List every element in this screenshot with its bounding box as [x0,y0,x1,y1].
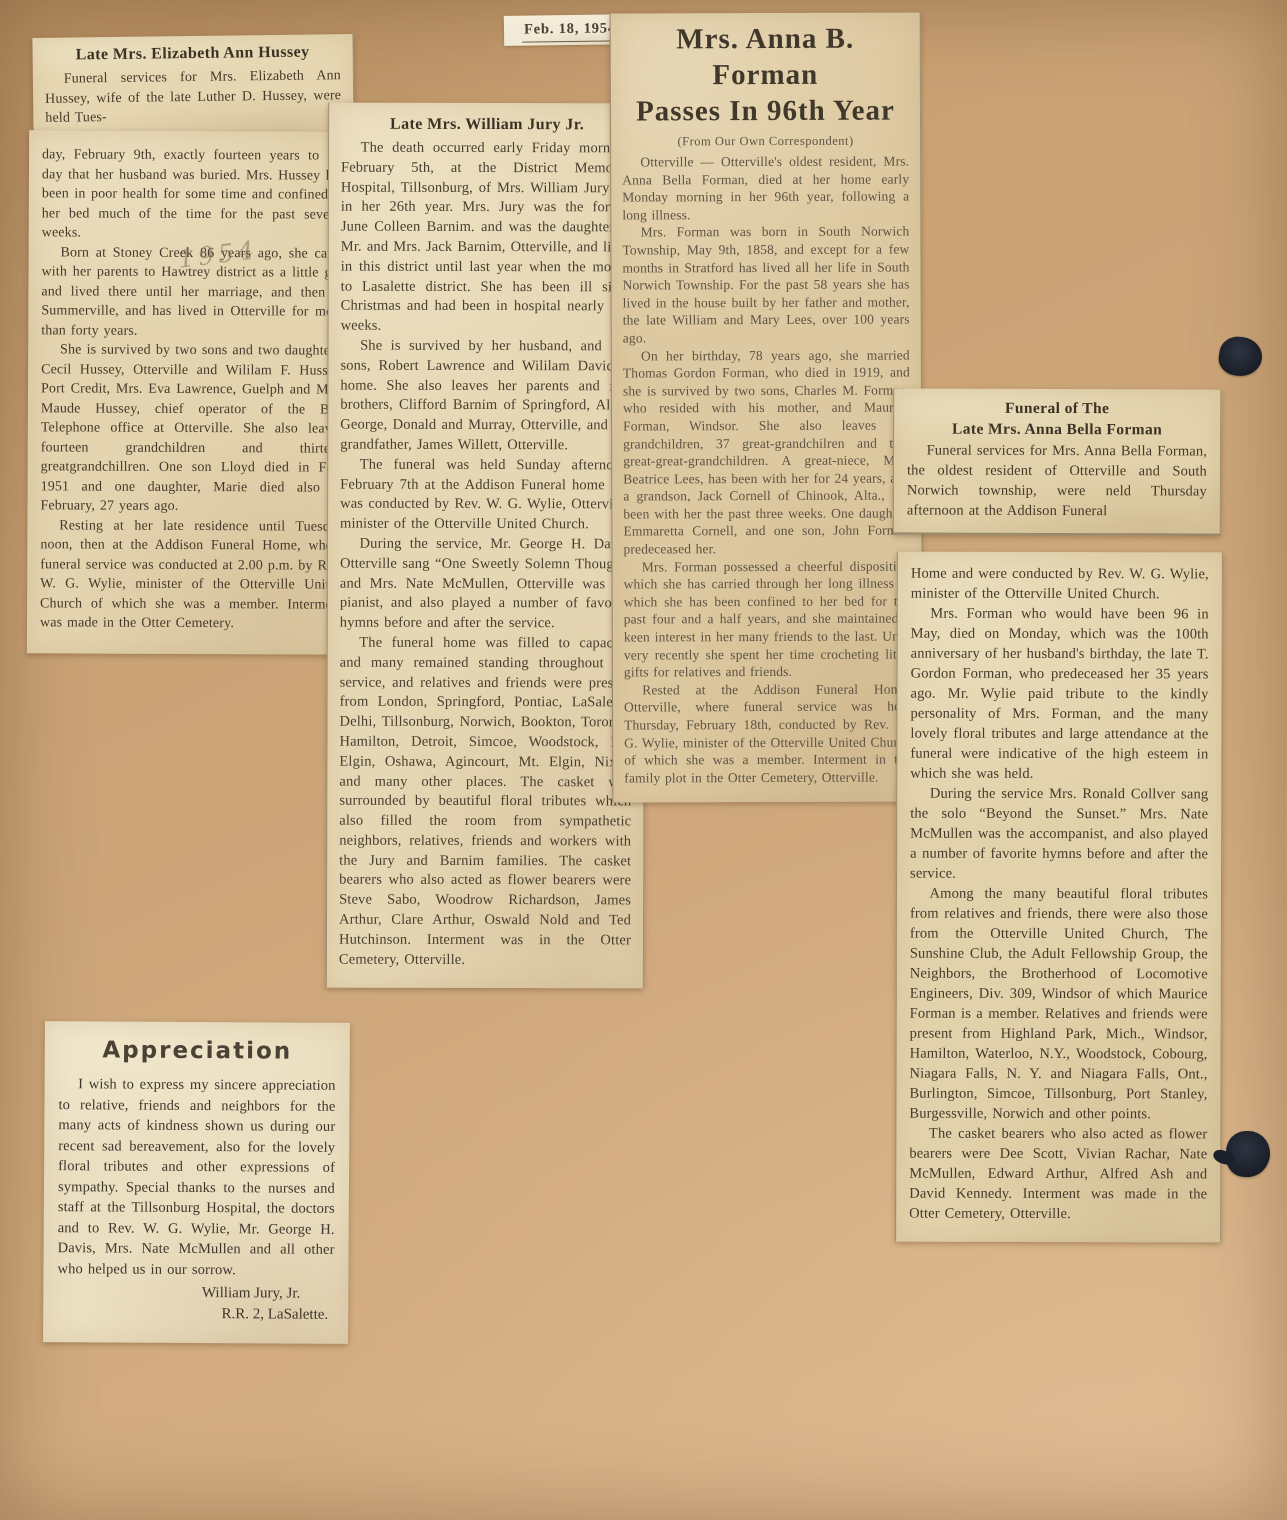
ink-mark-bottom [1226,1131,1270,1177]
forman-paragraph: Rested at the Addison Funeral Home, Otte… [624,680,911,787]
hussey-paragraph: She is survived by two sons and two daug… [40,340,344,517]
hussey-title: Late Mrs. Elizabeth Ann Hussey [45,43,341,65]
jury-paragraph: During the service, Mr. George H. Davis,… [340,535,632,635]
clipping-hussey-header: Late Mrs. Elizabeth Ann Hussey Funeral s… [32,34,354,139]
hussey-intro-paragraph: Funeral services for Mrs. Elizabeth Ann … [45,66,342,128]
forman-paragraph: Otterville — Otterville's oldest residen… [622,153,909,224]
forman-funeral-paragraph: Among the many beautiful floral tributes… [909,884,1208,1125]
forman-funeral-paragraph: Funeral services for Mrs. Anna Bella For… [907,440,1207,521]
forman-paragraph: On her birthday, 78 years ago, she marri… [623,346,911,558]
clipping-forman-funeral-top: Funeral of The Late Mrs. Anna Bella Form… [893,388,1222,535]
appreciation-body: I wish to express my sincere appreciatio… [57,1074,335,1281]
forman-funeral-title-line1: Funeral of The [907,398,1207,418]
forman-funeral-paragraph: Mrs. Forman who would have been 96 in Ma… [910,604,1208,785]
clipping-appreciation-card: Appreciation I wish to express my sincer… [43,1021,350,1344]
appreciation-title: Appreciation [59,1037,336,1065]
hussey-paragraph: Resting at her late residence until Tues… [40,516,344,634]
jury-paragraph: The death occurred early Friday morning,… [341,139,634,338]
forman-paragraph: Mrs. Forman possessed a cheerful disposi… [624,557,911,681]
appreciation-signature: William Jury, Jr. [57,1282,334,1305]
jury-title: Late Mrs. William Jury Jr. [341,116,633,135]
forman-funeral-title-line2: Late Mrs. Anna Bella Forman [907,419,1207,439]
hussey-paragraph: day, February 9th, exactly fourteen year… [42,145,345,244]
forman-headline-line2: Passes In 96th Year [622,93,909,130]
ink-mark-top [1216,334,1264,379]
appreciation-address: R.R. 2, LaSalette. [57,1303,334,1326]
jury-paragraph: The funeral was held Sunday afternoon, F… [340,455,632,535]
forman-paragraph: Mrs. Forman was born in South Norwich To… [622,223,909,347]
forman-funeral-paragraph: The casket bearers who also acted as flo… [909,1124,1207,1225]
date-stamp-text: Feb. 18, 1954 [522,20,618,42]
clipping-jury-obituary: Late Mrs. William Jury Jr. The death occ… [326,103,646,989]
jury-paragraph: The funeral home was filled to capacity,… [339,634,632,971]
scrapbook-page: Late Mrs. Elizabeth Ann Hussey Funeral s… [0,0,1287,1520]
forman-byline: (From Our Own Correspondent) [622,134,909,150]
forman-funeral-paragraph: Home and were conducted by Rev. W. G. Wy… [911,564,1209,605]
forman-headline-line1: Mrs. Anna B. Forman [622,21,909,94]
clipping-forman-obituary: Mrs. Anna B. Forman Passes In 96th Year … [610,12,924,802]
forman-funeral-paragraph: During the service Mrs. Ronald Collver s… [910,784,1208,885]
jury-paragraph: She is survived by her husband, and two … [340,337,632,457]
clipping-forman-funeral-bottom: Home and were conducted by Rev. W. G. Wy… [895,552,1223,1243]
clipping-hussey-body: day, February 9th, exactly fourteen year… [27,130,359,654]
